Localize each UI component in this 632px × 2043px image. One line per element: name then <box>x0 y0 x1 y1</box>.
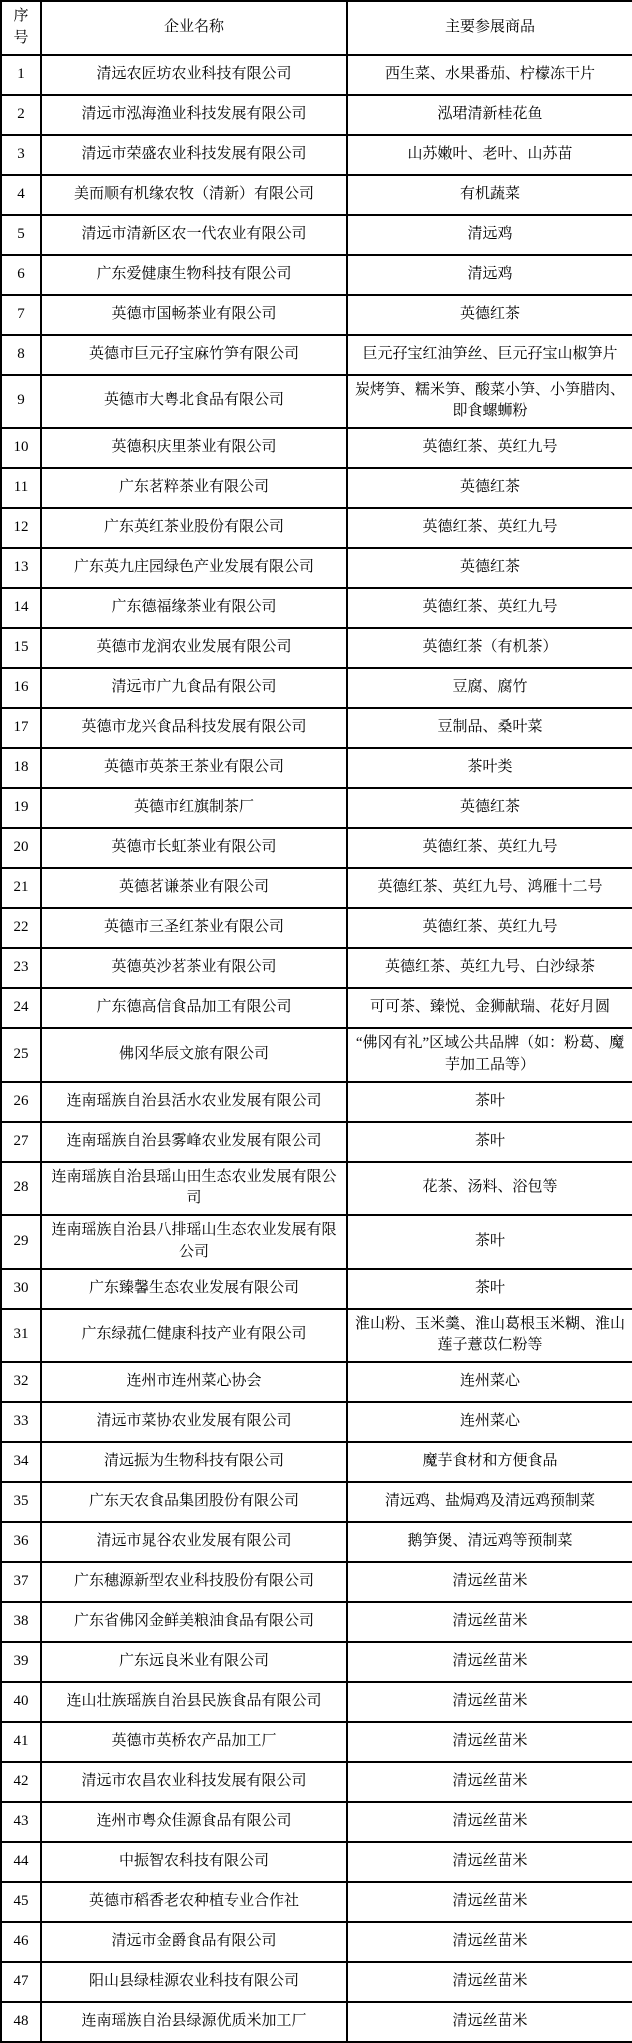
products-cell: 淮山粉、玉米羹、淮山葛根玉米糊、淮山莲子薏苡仁粉等 <box>347 1309 632 1363</box>
table-row: 41英德市英桥农产品加工厂清远丝苗米 <box>1 1722 632 1762</box>
company-name-cell: 连山壮族瑶族自治县民族食品有限公司 <box>41 1682 347 1722</box>
products-cell: 清远丝苗米 <box>347 1842 632 1882</box>
company-name-cell: 广东爱健康生物科技有限公司 <box>41 255 347 295</box>
products-cell: 泓珺清新桂花鱼 <box>347 95 632 135</box>
table-row: 5清远市清新区农一代农业有限公司清远鸡 <box>1 215 632 255</box>
company-name-cell: 英德市大粤北食品有限公司 <box>41 375 347 429</box>
header-cell-company: 企业名称 <box>41 1 347 55</box>
row-number-cell: 21 <box>1 868 41 908</box>
products-cell: 巨元孖宝红油笋丝、巨元孖宝山椒笋片 <box>347 335 632 375</box>
exhibitor-table: 序号 企业名称 主要参展商品 1清远农匠坊农业科技有限公司西生菜、水果番茄、柠檬… <box>0 0 632 2043</box>
products-cell: 清远丝苗米 <box>347 1562 632 1602</box>
products-cell: 清远鸡 <box>347 215 632 255</box>
company-name-cell: 清远市荣盛农业科技发展有限公司 <box>41 135 347 175</box>
row-number-cell: 26 <box>1 1082 41 1122</box>
table-row: 3清远市荣盛农业科技发展有限公司山苏嫩叶、老叶、山苏苗 <box>1 135 632 175</box>
products-cell: 炭烤笋、糯米笋、酸菜小笋、小笋腊肉、即食螺蛳粉 <box>347 375 632 429</box>
table-row: 32连州市连州菜心协会连州菜心 <box>1 1362 632 1402</box>
company-name-cell: 清远市清新区农一代农业有限公司 <box>41 215 347 255</box>
row-number-cell: 35 <box>1 1482 41 1522</box>
table-row: 46清远市金爵食品有限公司清远丝苗米 <box>1 1922 632 1962</box>
table-row: 25佛冈华辰文旅有限公司“佛冈有礼”区域公共品牌（如：粉葛、魔芋加工品等） <box>1 1028 632 1082</box>
products-cell: 清远丝苗米 <box>347 1762 632 1802</box>
company-name-cell: 清远市广九食品有限公司 <box>41 668 347 708</box>
row-number-cell: 42 <box>1 1762 41 1802</box>
products-cell: 茶叶 <box>347 1269 632 1309</box>
table-row: 12广东英红茶业股份有限公司英德红茶、英红九号 <box>1 508 632 548</box>
table-body: 1清远农匠坊农业科技有限公司西生菜、水果番茄、柠檬冻干片2清远市泓海渔业科技发展… <box>1 55 632 2043</box>
products-cell: 清远丝苗米 <box>347 1642 632 1682</box>
row-number-cell: 5 <box>1 215 41 255</box>
company-name-cell: 广东省佛冈金鲜美粮油食品有限公司 <box>41 1602 347 1642</box>
row-number-cell: 20 <box>1 828 41 868</box>
products-cell: 西生菜、水果番茄、柠檬冻干片 <box>347 55 632 95</box>
company-name-cell: 英德市国畅茶业有限公司 <box>41 295 347 335</box>
products-cell: 茶叶 <box>347 1082 632 1122</box>
company-name-cell: 广东德福缘茶业有限公司 <box>41 588 347 628</box>
products-cell: 豆腐、腐竹 <box>347 668 632 708</box>
table-row: 23英德英沙茗茶业有限公司英德红茶、英红九号、白沙绿茶 <box>1 948 632 988</box>
company-name-cell: 英德英沙茗茶业有限公司 <box>41 948 347 988</box>
products-cell: 清远丝苗米 <box>347 1802 632 1842</box>
row-number-cell: 9 <box>1 375 41 429</box>
table-row: 26连南瑶族自治县活水农业发展有限公司茶叶 <box>1 1082 632 1122</box>
products-cell: 魔芋食材和方便食品 <box>347 1442 632 1482</box>
row-number-cell: 12 <box>1 508 41 548</box>
table-row: 34清远振为生物科技有限公司魔芋食材和方便食品 <box>1 1442 632 1482</box>
products-cell: 清远丝苗米 <box>347 1882 632 1922</box>
table-header: 序号 企业名称 主要参展商品 <box>1 1 632 55</box>
table-row: 36清远市晁谷农业发展有限公司鹅笋煲、清远鸡等预制菜 <box>1 1522 632 1562</box>
products-cell: 英德红茶 <box>347 468 632 508</box>
company-name-cell: 英德市长虹茶业有限公司 <box>41 828 347 868</box>
row-number-cell: 2 <box>1 95 41 135</box>
row-number-cell: 29 <box>1 1215 41 1269</box>
company-name-cell: 连南瑶族自治县瑶山田生态农业发展有限公司 <box>41 1162 347 1216</box>
row-number-cell: 41 <box>1 1722 41 1762</box>
header-cell-no: 序号 <box>1 1 41 55</box>
company-name-cell: 连州市粤众佳源食品有限公司 <box>41 1802 347 1842</box>
row-number-cell: 43 <box>1 1802 41 1842</box>
row-number-cell: 34 <box>1 1442 41 1482</box>
company-name-cell: 英德市英桥农产品加工厂 <box>41 1722 347 1762</box>
company-name-cell: 连南瑶族自治县绿源优质米加工厂 <box>41 2002 347 2042</box>
table-row: 42清远市农昌农业科技发展有限公司清远丝苗米 <box>1 1762 632 1802</box>
row-number-cell: 46 <box>1 1922 41 1962</box>
company-name-cell: 广东英红茶业股份有限公司 <box>41 508 347 548</box>
table-row: 4美而顺有机缘农牧（清新）有限公司有机蔬菜 <box>1 175 632 215</box>
row-number-cell: 31 <box>1 1309 41 1363</box>
row-number-cell: 1 <box>1 55 41 95</box>
products-cell: 清远丝苗米 <box>347 1922 632 1962</box>
company-name-cell: 阳山县绿桂源农业科技有限公司 <box>41 1962 347 2002</box>
table-row: 21英德茗谦茶业有限公司英德红茶、英红九号、鸿雁十二号 <box>1 868 632 908</box>
table-row: 2清远市泓海渔业科技发展有限公司泓珺清新桂花鱼 <box>1 95 632 135</box>
company-name-cell: 英德市龙兴食品科技发展有限公司 <box>41 708 347 748</box>
company-name-cell: 连南瑶族自治县活水农业发展有限公司 <box>41 1082 347 1122</box>
row-number-cell: 33 <box>1 1402 41 1442</box>
products-cell: 英德红茶 <box>347 548 632 588</box>
table-row: 15英德市龙润农业发展有限公司英德红茶（有机茶） <box>1 628 632 668</box>
products-cell: 茶叶 <box>347 1215 632 1269</box>
table-row: 33清远市菜协农业发展有限公司连州菜心 <box>1 1402 632 1442</box>
company-name-cell: 连南瑶族自治县雾峰农业发展有限公司 <box>41 1122 347 1162</box>
row-number-cell: 37 <box>1 1562 41 1602</box>
products-cell: 英德红茶、英红九号 <box>347 828 632 868</box>
row-number-cell: 6 <box>1 255 41 295</box>
table-row: 20英德市长虹茶业有限公司英德红茶、英红九号 <box>1 828 632 868</box>
company-name-cell: 清远市晁谷农业发展有限公司 <box>41 1522 347 1562</box>
products-cell: 清远丝苗米 <box>347 2002 632 2042</box>
table-row: 27连南瑶族自治县雾峰农业发展有限公司茶叶 <box>1 1122 632 1162</box>
company-name-cell: 广东臻馨生态农业发展有限公司 <box>41 1269 347 1309</box>
table-row: 35广东天农食品集团股份有限公司清远鸡、盐焗鸡及清远鸡预制菜 <box>1 1482 632 1522</box>
row-number-cell: 36 <box>1 1522 41 1562</box>
products-cell: 英德红茶 <box>347 788 632 828</box>
products-cell: 连州菜心 <box>347 1362 632 1402</box>
products-cell: 清远鸡、盐焗鸡及清远鸡预制菜 <box>347 1482 632 1522</box>
company-name-cell: 美而顺有机缘农牧（清新）有限公司 <box>41 175 347 215</box>
table-row: 48连南瑶族自治县绿源优质米加工厂清远丝苗米 <box>1 2002 632 2042</box>
table-row: 40连山壮族瑶族自治县民族食品有限公司清远丝苗米 <box>1 1682 632 1722</box>
row-number-cell: 10 <box>1 428 41 468</box>
products-cell: 连州菜心 <box>347 1402 632 1442</box>
company-name-cell: 连州市连州菜心协会 <box>41 1362 347 1402</box>
table-row: 6广东爱健康生物科技有限公司清远鸡 <box>1 255 632 295</box>
company-name-cell: 清远农匠坊农业科技有限公司 <box>41 55 347 95</box>
products-cell: 茶叶 <box>347 1122 632 1162</box>
table-row: 28连南瑶族自治县瑶山田生态农业发展有限公司花茶、汤料、浴包等 <box>1 1162 632 1216</box>
products-cell: 英德红茶、英红九号、白沙绿茶 <box>347 948 632 988</box>
row-number-cell: 8 <box>1 335 41 375</box>
row-number-cell: 13 <box>1 548 41 588</box>
row-number-cell: 17 <box>1 708 41 748</box>
company-name-cell: 连南瑶族自治县八排瑶山生态农业发展有限公司 <box>41 1215 347 1269</box>
table-row: 18英德市英茶王茶业有限公司茶叶类 <box>1 748 632 788</box>
products-cell: 英德红茶、英红九号 <box>347 908 632 948</box>
products-cell: 清远丝苗米 <box>347 1682 632 1722</box>
row-number-cell: 25 <box>1 1028 41 1082</box>
row-number-cell: 40 <box>1 1682 41 1722</box>
row-number-cell: 15 <box>1 628 41 668</box>
company-name-cell: 中振智农科技有限公司 <box>41 1842 347 1882</box>
company-name-cell: 广东远良米业有限公司 <box>41 1642 347 1682</box>
row-number-cell: 18 <box>1 748 41 788</box>
company-name-cell: 广东英九庄园绿色产业发展有限公司 <box>41 548 347 588</box>
company-name-cell: 清远市泓海渔业科技发展有限公司 <box>41 95 347 135</box>
table-row: 9英德市大粤北食品有限公司炭烤笋、糯米笋、酸菜小笋、小笋腊肉、即食螺蛳粉 <box>1 375 632 429</box>
table-row: 17英德市龙兴食品科技发展有限公司豆制品、桑叶菜 <box>1 708 632 748</box>
table-row: 38广东省佛冈金鲜美粮油食品有限公司清远丝苗米 <box>1 1602 632 1642</box>
row-number-cell: 39 <box>1 1642 41 1682</box>
company-name-cell: 英德市稻香老农种植专业合作社 <box>41 1882 347 1922</box>
table-row: 47阳山县绿桂源农业科技有限公司清远丝苗米 <box>1 1962 632 2002</box>
products-cell: 花茶、汤料、浴包等 <box>347 1162 632 1216</box>
company-name-cell: 广东茗粹茶业有限公司 <box>41 468 347 508</box>
row-number-cell: 45 <box>1 1882 41 1922</box>
products-cell: 英德红茶、英红九号 <box>347 508 632 548</box>
table-row: 45英德市稻香老农种植专业合作社清远丝苗米 <box>1 1882 632 1922</box>
products-cell: 英德红茶、英红九号 <box>347 588 632 628</box>
products-cell: 清远丝苗米 <box>347 1602 632 1642</box>
products-cell: 鹅笋煲、清远鸡等预制菜 <box>347 1522 632 1562</box>
company-name-cell: 英德市英茶王茶业有限公司 <box>41 748 347 788</box>
products-cell: 豆制品、桑叶菜 <box>347 708 632 748</box>
company-name-cell: 广东穗源新型农业科技股份有限公司 <box>41 1562 347 1602</box>
header-row: 序号 企业名称 主要参展商品 <box>1 1 632 55</box>
row-number-cell: 14 <box>1 588 41 628</box>
table-row: 7英德市国畅茶业有限公司英德红茶 <box>1 295 632 335</box>
company-name-cell: 广东天农食品集团股份有限公司 <box>41 1482 347 1522</box>
products-cell: 有机蔬菜 <box>347 175 632 215</box>
row-number-cell: 44 <box>1 1842 41 1882</box>
row-number-cell: 19 <box>1 788 41 828</box>
company-name-cell: 佛冈华辰文旅有限公司 <box>41 1028 347 1082</box>
table-row: 39广东远良米业有限公司清远丝苗米 <box>1 1642 632 1682</box>
company-name-cell: 英德茗谦茶业有限公司 <box>41 868 347 908</box>
company-name-cell: 清远市菜协农业发展有限公司 <box>41 1402 347 1442</box>
products-cell: 英德红茶（有机茶） <box>347 628 632 668</box>
table-row: 43连州市粤众佳源食品有限公司清远丝苗米 <box>1 1802 632 1842</box>
row-number-cell: 3 <box>1 135 41 175</box>
row-number-cell: 7 <box>1 295 41 335</box>
products-cell: 英德红茶 <box>347 295 632 335</box>
products-cell: “佛冈有礼”区域公共品牌（如：粉葛、魔芋加工品等） <box>347 1028 632 1082</box>
products-cell: 清远丝苗米 <box>347 1962 632 2002</box>
row-number-cell: 23 <box>1 948 41 988</box>
products-cell: 山苏嫩叶、老叶、山苏苗 <box>347 135 632 175</box>
company-name-cell: 广东绿菰仁健康科技产业有限公司 <box>41 1309 347 1363</box>
row-number-cell: 38 <box>1 1602 41 1642</box>
table-row: 31广东绿菰仁健康科技产业有限公司淮山粉、玉米羹、淮山葛根玉米糊、淮山莲子薏苡仁… <box>1 1309 632 1363</box>
table-row: 44中振智农科技有限公司清远丝苗米 <box>1 1842 632 1882</box>
table-row: 24广东德高信食品加工有限公司可可茶、臻悦、金狮献瑞、花好月圆 <box>1 988 632 1028</box>
row-number-cell: 47 <box>1 1962 41 2002</box>
row-number-cell: 28 <box>1 1162 41 1216</box>
company-name-cell: 英德市巨元孖宝麻竹笋有限公司 <box>41 335 347 375</box>
table-row: 37广东穗源新型农业科技股份有限公司清远丝苗米 <box>1 1562 632 1602</box>
table-row: 1清远农匠坊农业科技有限公司西生菜、水果番茄、柠檬冻干片 <box>1 55 632 95</box>
row-number-cell: 16 <box>1 668 41 708</box>
table-row: 14广东德福缘茶业有限公司英德红茶、英红九号 <box>1 588 632 628</box>
company-name-cell: 广东德高信食品加工有限公司 <box>41 988 347 1028</box>
company-name-cell: 清远市金爵食品有限公司 <box>41 1922 347 1962</box>
row-number-cell: 24 <box>1 988 41 1028</box>
row-number-cell: 27 <box>1 1122 41 1162</box>
table-row: 13广东英九庄园绿色产业发展有限公司英德红茶 <box>1 548 632 588</box>
products-cell: 可可茶、臻悦、金狮献瑞、花好月圆 <box>347 988 632 1028</box>
row-number-cell: 4 <box>1 175 41 215</box>
table-row: 11广东茗粹茶业有限公司英德红茶 <box>1 468 632 508</box>
company-name-cell: 清远振为生物科技有限公司 <box>41 1442 347 1482</box>
table-row: 16清远市广九食品有限公司豆腐、腐竹 <box>1 668 632 708</box>
products-cell: 英德红茶、英红九号、鸿雁十二号 <box>347 868 632 908</box>
row-number-cell: 32 <box>1 1362 41 1402</box>
table-row: 8英德市巨元孖宝麻竹笋有限公司巨元孖宝红油笋丝、巨元孖宝山椒笋片 <box>1 335 632 375</box>
row-number-cell: 11 <box>1 468 41 508</box>
table-row: 10英德积庆里茶业有限公司英德红茶、英红九号 <box>1 428 632 468</box>
table-row: 22英德市三圣红茶业有限公司英德红茶、英红九号 <box>1 908 632 948</box>
row-number-cell: 48 <box>1 2002 41 2042</box>
company-name-cell: 英德积庆里茶业有限公司 <box>41 428 347 468</box>
products-cell: 清远鸡 <box>347 255 632 295</box>
table-row: 29连南瑶族自治县八排瑶山生态农业发展有限公司茶叶 <box>1 1215 632 1269</box>
products-cell: 英德红茶、英红九号 <box>347 428 632 468</box>
products-cell: 清远丝苗米 <box>347 1722 632 1762</box>
company-name-cell: 英德市龙润农业发展有限公司 <box>41 628 347 668</box>
row-number-cell: 22 <box>1 908 41 948</box>
products-cell: 茶叶类 <box>347 748 632 788</box>
company-name-cell: 英德市红旗制茶厂 <box>41 788 347 828</box>
company-name-cell: 清远市农昌农业科技发展有限公司 <box>41 1762 347 1802</box>
header-cell-products: 主要参展商品 <box>347 1 632 55</box>
table-row: 19英德市红旗制茶厂英德红茶 <box>1 788 632 828</box>
row-number-cell: 30 <box>1 1269 41 1309</box>
company-name-cell: 英德市三圣红茶业有限公司 <box>41 908 347 948</box>
table-row: 30广东臻馨生态农业发展有限公司茶叶 <box>1 1269 632 1309</box>
